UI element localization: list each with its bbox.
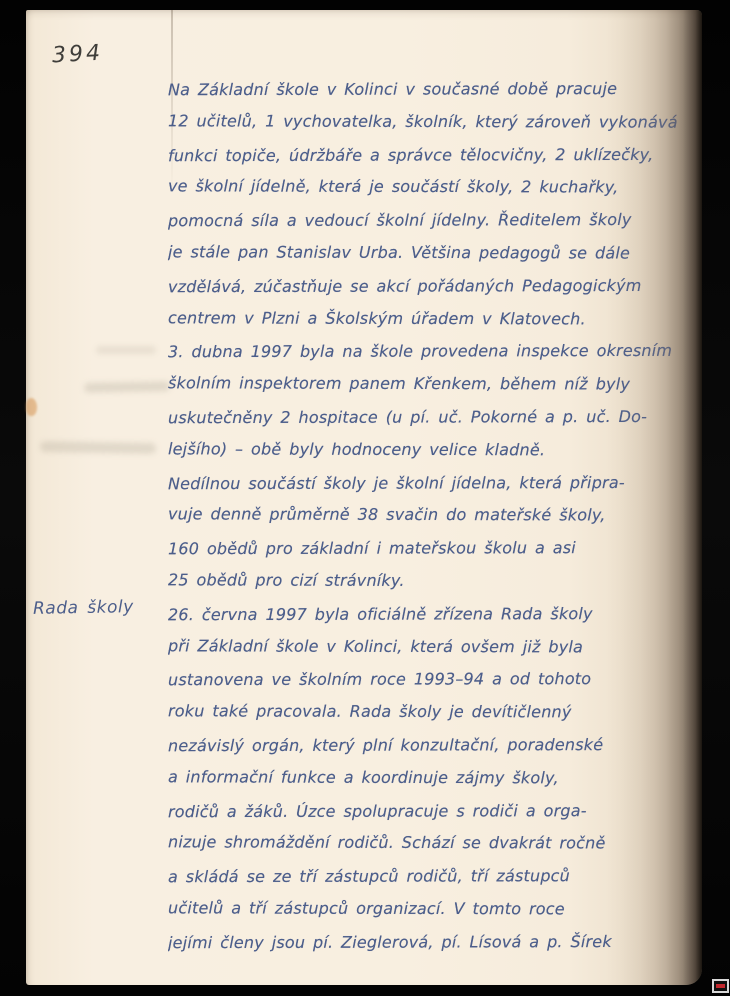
text-line: pomocná síla a vedoucí školní jídelny. Ř…: [168, 204, 702, 238]
text-line: 3. dubna 1997 byla na škole provedena in…: [168, 335, 702, 369]
text-line: roku také pracovala. Rada školy je devít…: [168, 695, 702, 729]
text-line: rodičů a žáků. Úzce spolupracuje s rodič…: [168, 794, 702, 828]
chronicle-paper: 394 Rada školy Na Základní škole v Kolin…: [26, 10, 702, 985]
handwritten-text-block: Na Základní škole v Kolinci v současné d…: [168, 73, 702, 959]
text-line: ve školní jídelně, která je součástí ško…: [168, 171, 702, 205]
ink-show-through: [40, 441, 156, 454]
scan-corner-mark-icon: [712, 979, 729, 993]
text-line: a informační funkce a koordinuje zájmy š…: [168, 761, 702, 795]
text-line: nizuje shromáždění rodičů. Schází se dva…: [168, 827, 702, 861]
text-line: 160 obědů pro základní i mateřskou školu…: [168, 532, 702, 566]
text-line: nezávislý orgán, který plní konzultační,…: [168, 729, 702, 763]
scan-corner-mark-bar: [716, 984, 725, 988]
ink-show-through: [84, 381, 170, 392]
text-line: školním inspektorem panem Křenkem, během…: [168, 367, 702, 401]
text-line: jejími členy jsou pí. Zieglerová, pí. Lí…: [168, 926, 702, 960]
text-line: vzdělává, zúčastňuje se akcí pořádaných …: [168, 270, 702, 304]
text-line: při Základní škole v Kolinci, která ovše…: [168, 630, 702, 664]
text-line: lejšího) – obě byly hodnoceny velice kla…: [168, 433, 702, 467]
text-line: vuje denně průměrně 38 svačin do mateřsk…: [168, 499, 702, 533]
text-line: a skládá se ze tří zástupců rodičů, tří …: [168, 860, 702, 894]
page-number: 394: [51, 41, 103, 69]
text-line: 12 učitelů, 1 vychovatelka, školník, kte…: [168, 105, 702, 139]
text-line: je stále pan Stanislav Urba. Většina ped…: [168, 236, 702, 270]
text-line: Na Základní škole v Kolinci v současné d…: [168, 73, 702, 107]
text-line: centrem v Plzni a Školským úřadem v Klat…: [168, 302, 702, 336]
text-line: 26. června 1997 byla oficiálně zřízena R…: [168, 598, 702, 632]
text-line: ustanovena ve školním roce 1993–94 a od …: [168, 663, 702, 697]
margin-note: Rada školy: [33, 597, 134, 619]
scanned-chronicle-page: 394 Rada školy Na Základní škole v Kolin…: [0, 0, 730, 996]
paper-stain: [26, 398, 37, 416]
ink-show-through: [96, 346, 156, 354]
text-line: uskutečněny 2 hospitace (u pí. uč. Pokor…: [168, 401, 702, 435]
text-line: učitelů a tří zástupců organizací. V tom…: [168, 892, 702, 926]
text-line: Nedílnou součástí školy je školní jídeln…: [168, 466, 702, 500]
text-line: 25 obědů pro cizí strávníky.: [168, 564, 702, 598]
text-line: funkci topiče, údržbáře a správce tělocv…: [168, 138, 702, 172]
